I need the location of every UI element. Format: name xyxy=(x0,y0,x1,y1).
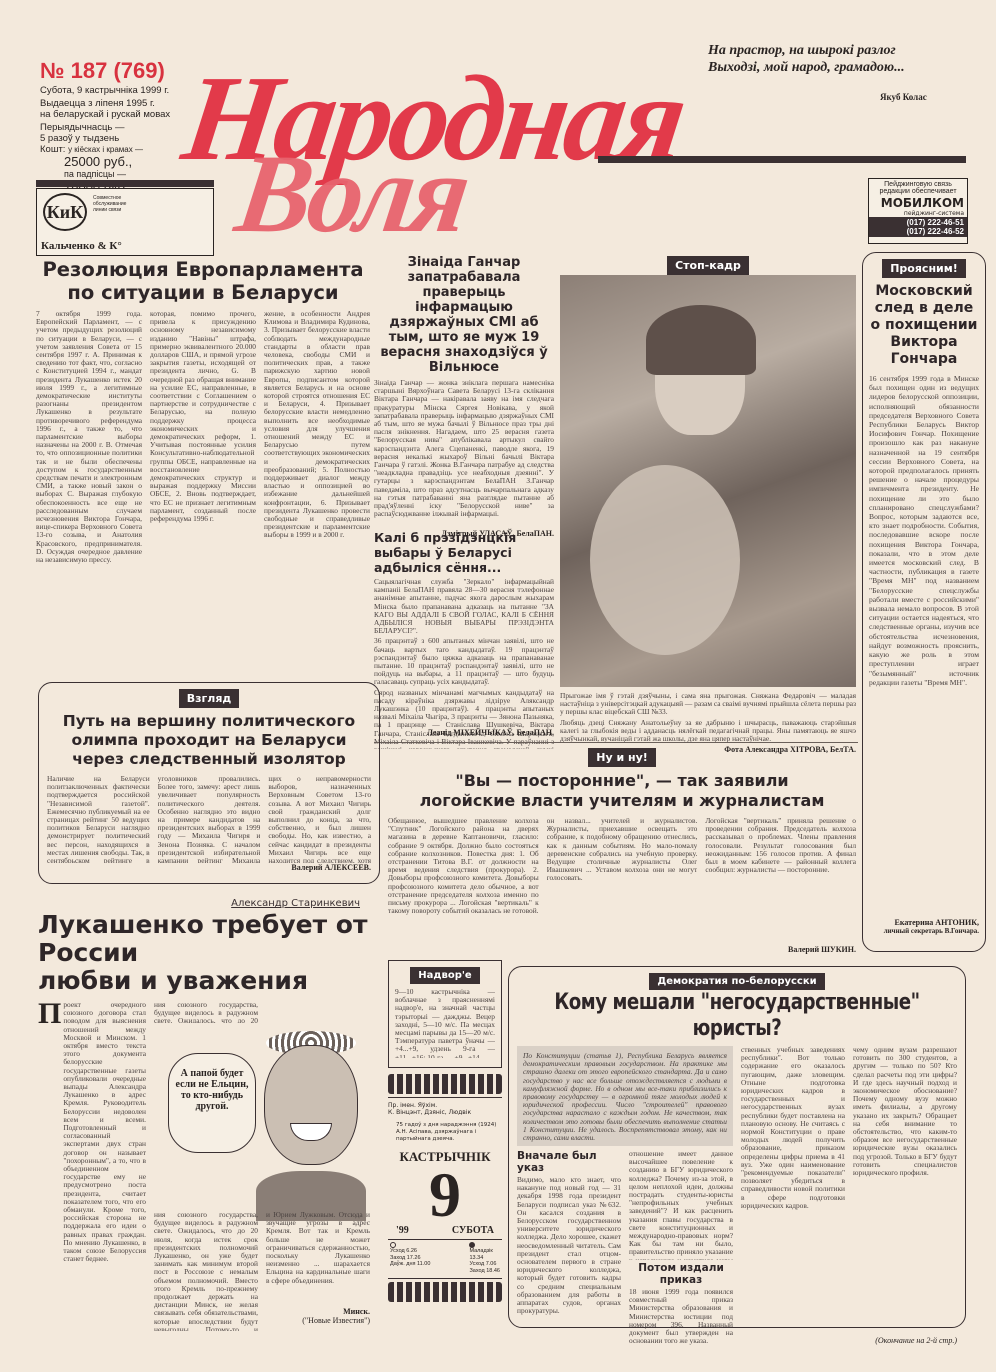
article-logoisk: Ну и ну! "Вы — посторонние", — так заяви… xyxy=(388,748,856,958)
olymp-col-1: Наличие на Беларуси политзаключенных фак… xyxy=(47,775,150,863)
kik-logo: КиК xyxy=(43,193,87,231)
pager-phones: (017) 222-46-51 (017) 222-46-52 xyxy=(869,217,967,237)
logoisk-col-1: Обещанное, вышедшее правление колхоза "С… xyxy=(388,817,539,945)
olymp-signature: Валерий АЛЕКСЕЕВ. xyxy=(47,863,371,872)
mobilcom-brand: МОБИЛКОМ xyxy=(869,196,967,210)
pager-phone-1: (017) 222-46-51 xyxy=(872,218,964,227)
calendar-block: Пр. імен. Яўхім. К. Вінцэнт, Дзяніс, Люд… xyxy=(388,1074,502,1300)
lawyers-col-3: ственных учебных заведениях республики".… xyxy=(741,1046,845,1346)
olymp-col-2: уголовников провалились. Более того, зам… xyxy=(158,775,261,863)
lukashenko-lower-cols: ния союзного государства, будущее видело… xyxy=(154,1211,370,1331)
lawyers-subhead-1: Вначале был указ xyxy=(517,1150,621,1174)
article-olymp: Взгляд Путь на вершину политического оли… xyxy=(38,682,380,884)
drop-cap: П xyxy=(38,1001,61,1027)
sidebar-signature-name: Екатерина АНТОНИК, xyxy=(869,918,979,927)
lawyers-body: По Конституции (статья 1), Республика Бе… xyxy=(517,1046,957,1348)
lukashenko-dateline: Минск. xyxy=(266,1307,370,1316)
resolution-title-line-2: по ситуации в Беларуси xyxy=(36,281,370,304)
resolution-columns: 7 октября 1999 года. Европейский Парламе… xyxy=(36,310,370,670)
moon-set: Заход 18.46 xyxy=(469,1268,500,1275)
article-lukashenko: Александр Старинкевич Лукашенко требует … xyxy=(38,898,370,1328)
lukashenko-col-1: роект очередного союзного договора стал … xyxy=(63,1001,146,1341)
olymp-rubric-wrap: Взгляд xyxy=(47,689,371,708)
lawyers-col-2: отношение имеет данное высочайшее повеле… xyxy=(629,1150,733,1260)
logoisk-title: "Вы — посторонние", — так заявили логойс… xyxy=(418,771,826,811)
kik-name: Кальченко & К° xyxy=(41,240,122,252)
lawyers-col-4-wrap: чему одним вузам разрешают готовить по 3… xyxy=(853,1046,957,1348)
ornament-top xyxy=(388,1074,502,1094)
cartoon-bubble: А папой будет если не Ельцин, то кто-ниб… xyxy=(168,1053,256,1153)
anniversary: 75 гадоў з дня нараджэння (1924) А.Н. Ас… xyxy=(388,1122,502,1143)
photo-caption: Прыгожае імя ў гэтай дзяўчыны, і сама ян… xyxy=(560,692,856,754)
photo-rubric-wrap: Стоп-кадр xyxy=(558,256,858,275)
lawyers-sub2-body: 18 июня 1999 года появился совместный пр… xyxy=(629,1288,733,1348)
calendar-rule-3 xyxy=(388,1278,502,1279)
cartoon-face xyxy=(264,1045,358,1165)
pager-phone-2: (017) 222-46-52 xyxy=(872,227,964,236)
issue-number: № 187 (769) xyxy=(40,58,165,84)
lawyers-subhead-2: Потом издали приказ xyxy=(629,1262,733,1286)
pager-ad-body: МОБИЛКОМ пейджинг-система (017) 222-46-5… xyxy=(868,196,968,244)
price-kiosk-label: у кіёсках і крамах — xyxy=(68,145,143,154)
photo-rubric: Стоп-кадр xyxy=(667,256,749,275)
calendar-rule-1 xyxy=(388,1097,502,1098)
weather-rubric-wrap: Надвор'е xyxy=(395,965,495,984)
cartoon-lukashenko[interactable] xyxy=(256,1031,366,1221)
price-label: Кошт: xyxy=(40,144,65,155)
poll-body-3: Сярод названых мінчанамі магчымых кандыд… xyxy=(374,689,554,749)
logoisk-signature: Валерий ШУКИН. xyxy=(388,945,856,954)
ornament-bottom xyxy=(388,1282,502,1302)
olymp-columns: Наличие на Беларуси политзаключенных фак… xyxy=(47,775,371,863)
sidebar-rubric-wrap: Проясним! xyxy=(869,259,979,278)
name-days-1: Пр. імен. Яўхім. xyxy=(388,1102,502,1109)
lawyers-col-4: чему одним вузам разрешают готовить по 3… xyxy=(853,1046,957,1334)
poll-signature: Леанід МІХЕЙЧЫКАЎ, БелаПАН. xyxy=(374,728,554,737)
sidebar-body: 16 сентября 1999 года в Минске был похищ… xyxy=(869,374,979,914)
calendar-year: '99 xyxy=(396,1225,409,1236)
moon-rise: Усход 7.06 xyxy=(469,1261,500,1268)
weather-box: Надвор'е 9—10 кастрычніка — воблачнае з … xyxy=(388,960,502,1068)
resolution-col-2: которая, помимо прочего, привела к прису… xyxy=(150,310,256,670)
motto-author: Якуб Колас xyxy=(880,92,927,102)
article-lawyers: Демократия по-белорусски Кому мешали "не… xyxy=(508,966,966,1328)
calendar-weekday: СУБОТА xyxy=(452,1225,494,1236)
kik-stamp-ad[interactable]: КиК Совместное обслуживание линии связи … xyxy=(36,188,214,256)
olymp-rubric: Взгляд xyxy=(179,689,240,708)
lukashenko-col-2: ния союзного государства, будущее видело… xyxy=(154,1001,258,1023)
article-goncharova: Зінаіда Ганчар запатрабавала праверыць і… xyxy=(374,255,554,515)
lawyers-sub-cols: Вначале был указ Видимо, мало кто знает,… xyxy=(517,1150,733,1348)
weather-rubric: Надвор'е xyxy=(410,967,479,984)
lawyers-sub1-body: Видимо, мало кто знает, что накануне под… xyxy=(517,1176,621,1346)
lukashenko-title-line-1: Лукашенко требует от России xyxy=(38,911,370,967)
divider-photo xyxy=(374,742,858,743)
lukashenko-title: Лукашенко требует от России любви и уваж… xyxy=(38,911,370,995)
logoisk-rubric-wrap: Ну и ну! xyxy=(388,748,856,767)
sidebar-title: Московский след в деле о похищении Викто… xyxy=(869,283,979,368)
resolution-title-line-1: Резолюция Европарламента xyxy=(36,258,370,281)
lukashenko-columns: П роект очередного союзного договора ста… xyxy=(38,1001,370,1341)
lawyers-rubric: Демократия по-белорусски xyxy=(649,973,824,990)
sidebar-rubric: Проясним! xyxy=(882,259,966,278)
motto-line-2: Выходзі, мой народ, грамадою... xyxy=(708,59,978,76)
lawyers-lead: По Конституции (статья 1), Республика Бе… xyxy=(517,1046,733,1146)
logoisk-col-3: Логойская "вертикаль" приняла решение о … xyxy=(705,817,856,945)
goncharova-body: Зінаіда Ганчар — жонка зніклага першага … xyxy=(374,379,554,529)
poll-body-1: Сацыялагічная служба "Зеркало" інфармацы… xyxy=(374,578,554,635)
resolution-title: Резолюция Европарламента по ситуации в Б… xyxy=(36,258,370,304)
resolution-col-3: жение, в особенности Андрея Климова и Вл… xyxy=(264,310,370,670)
lawyers-sub-col-2: отношение имеет данное высочайшее повеле… xyxy=(629,1150,733,1348)
weather-body: 9—10 кастрычніка — воблачнае з праясненн… xyxy=(395,988,495,1058)
calendar-day: 9 xyxy=(388,1165,502,1225)
lawyers-rubric-wrap: Демократия по-белорусски xyxy=(517,971,957,990)
photo-hair xyxy=(646,305,756,375)
resolution-col-1: 7 октября 1999 года. Европейский Парламе… xyxy=(36,310,142,670)
name-days-2: К. Вінцэнт, Дзяніс, Людвік xyxy=(388,1109,502,1116)
moon-info: Маладзік 13.34 Усход 7.06 Заход 18.46 xyxy=(469,1242,500,1274)
photo-caption-2: Любяць дзеці Сняжану Анатольеўну за яе д… xyxy=(560,719,856,744)
lukashenko-source: ("Новые Известия") xyxy=(266,1316,370,1325)
sidebar-goncharov: Проясним! Московский след в деле о похищ… xyxy=(862,252,986,952)
lukashenko-author: Александр Старинкевич xyxy=(38,898,370,909)
pager-ad-line-1: Пейджинговую связь xyxy=(869,181,967,188)
poll-title: Калі б прэзідэнцкія выбары ў Беларусі ад… xyxy=(374,530,554,575)
photo-leaves xyxy=(590,465,740,655)
teacher-photo[interactable] xyxy=(560,275,856,687)
kik-small-text: Совместное обслуживание линии связи xyxy=(93,195,137,213)
article-poll: Калі б прэзідэнцкія выбары ў Беларусі ад… xyxy=(374,530,554,690)
lawyers-continuation[interactable]: (Окончание на 2-й стр.) xyxy=(853,1336,957,1345)
motto: На прастор, на шырокі разлог Выходзі, мо… xyxy=(708,42,978,76)
olymp-title: Путь на вершину политического олимпа про… xyxy=(57,712,361,769)
motto-line-1: На прастор, на шырокі разлог xyxy=(708,42,978,59)
logoisk-rubric: Ну и ну! xyxy=(588,748,656,767)
lukashenko-col-2-wrap: ния союзного государства, будущее видело… xyxy=(154,1001,370,1341)
logoisk-columns: Обещанное, вышедшее правление колхоза "С… xyxy=(388,817,856,945)
lawyers-sub-col-1: Вначале был указ Видимо, мало кто знает,… xyxy=(517,1150,621,1348)
masthead-bar-right xyxy=(598,156,966,163)
olymp-col-3: щих о неправомерности выборов, назначенн… xyxy=(268,775,371,863)
photo-caption-1: Прыгожае імя ў гэтай дзяўчыны, і сама ян… xyxy=(560,692,856,717)
goncharova-title: Зінаіда Ганчар запатрабавала праверыць і… xyxy=(374,255,554,375)
lukashenko-col-3: и Юрием Лужковым. Отсюда и звучащие угро… xyxy=(266,1211,370,1307)
lawyers-title: Кому мешали "негосударственные" юристы? xyxy=(535,990,940,1042)
pager-ad-line-2: редакции обеспечивает xyxy=(869,188,967,195)
lukashenko-col-1-wrap: П роект очередного союзного договора ста… xyxy=(38,1001,146,1341)
lukashenko-col-3-wrap: и Юрием Лужковым. Отсюда и звучащие угро… xyxy=(266,1211,370,1331)
lawyers-left: По Конституции (статья 1), Республика Бе… xyxy=(517,1046,733,1348)
lawyers-col-3-wrap: ственных учебных заведениях республики".… xyxy=(741,1046,845,1348)
day-length: Даўж. дня 11.00 xyxy=(390,1261,430,1268)
sun-moon-row: Усход 6.26 Заход 17.26 Даўж. дня 11.00 М… xyxy=(388,1240,502,1276)
poll-body-2: 36 працэнтаў з 600 апытаных мінчан заяві… xyxy=(374,637,554,686)
article-resolution: Резолюция Европарламента по ситуации в Б… xyxy=(36,258,370,673)
lukashenko-col-2b: ния союзного государства, будущее видело… xyxy=(154,1211,258,1331)
sidebar-signature-role: личный секретарь В.Гончара. xyxy=(869,927,979,935)
logoisk-col-2: он назвал... учителей и журналистов. Жур… xyxy=(547,817,698,945)
lukashenko-title-line-2: любви и уважения xyxy=(38,967,370,995)
sun-info: Усход 6.26 Заход 17.26 Даўж. дня 11.00 xyxy=(390,1242,430,1274)
newspaper-logo-line-2: Воля xyxy=(230,138,473,250)
mobilcom-subtitle: пейджинг-система xyxy=(869,210,967,217)
